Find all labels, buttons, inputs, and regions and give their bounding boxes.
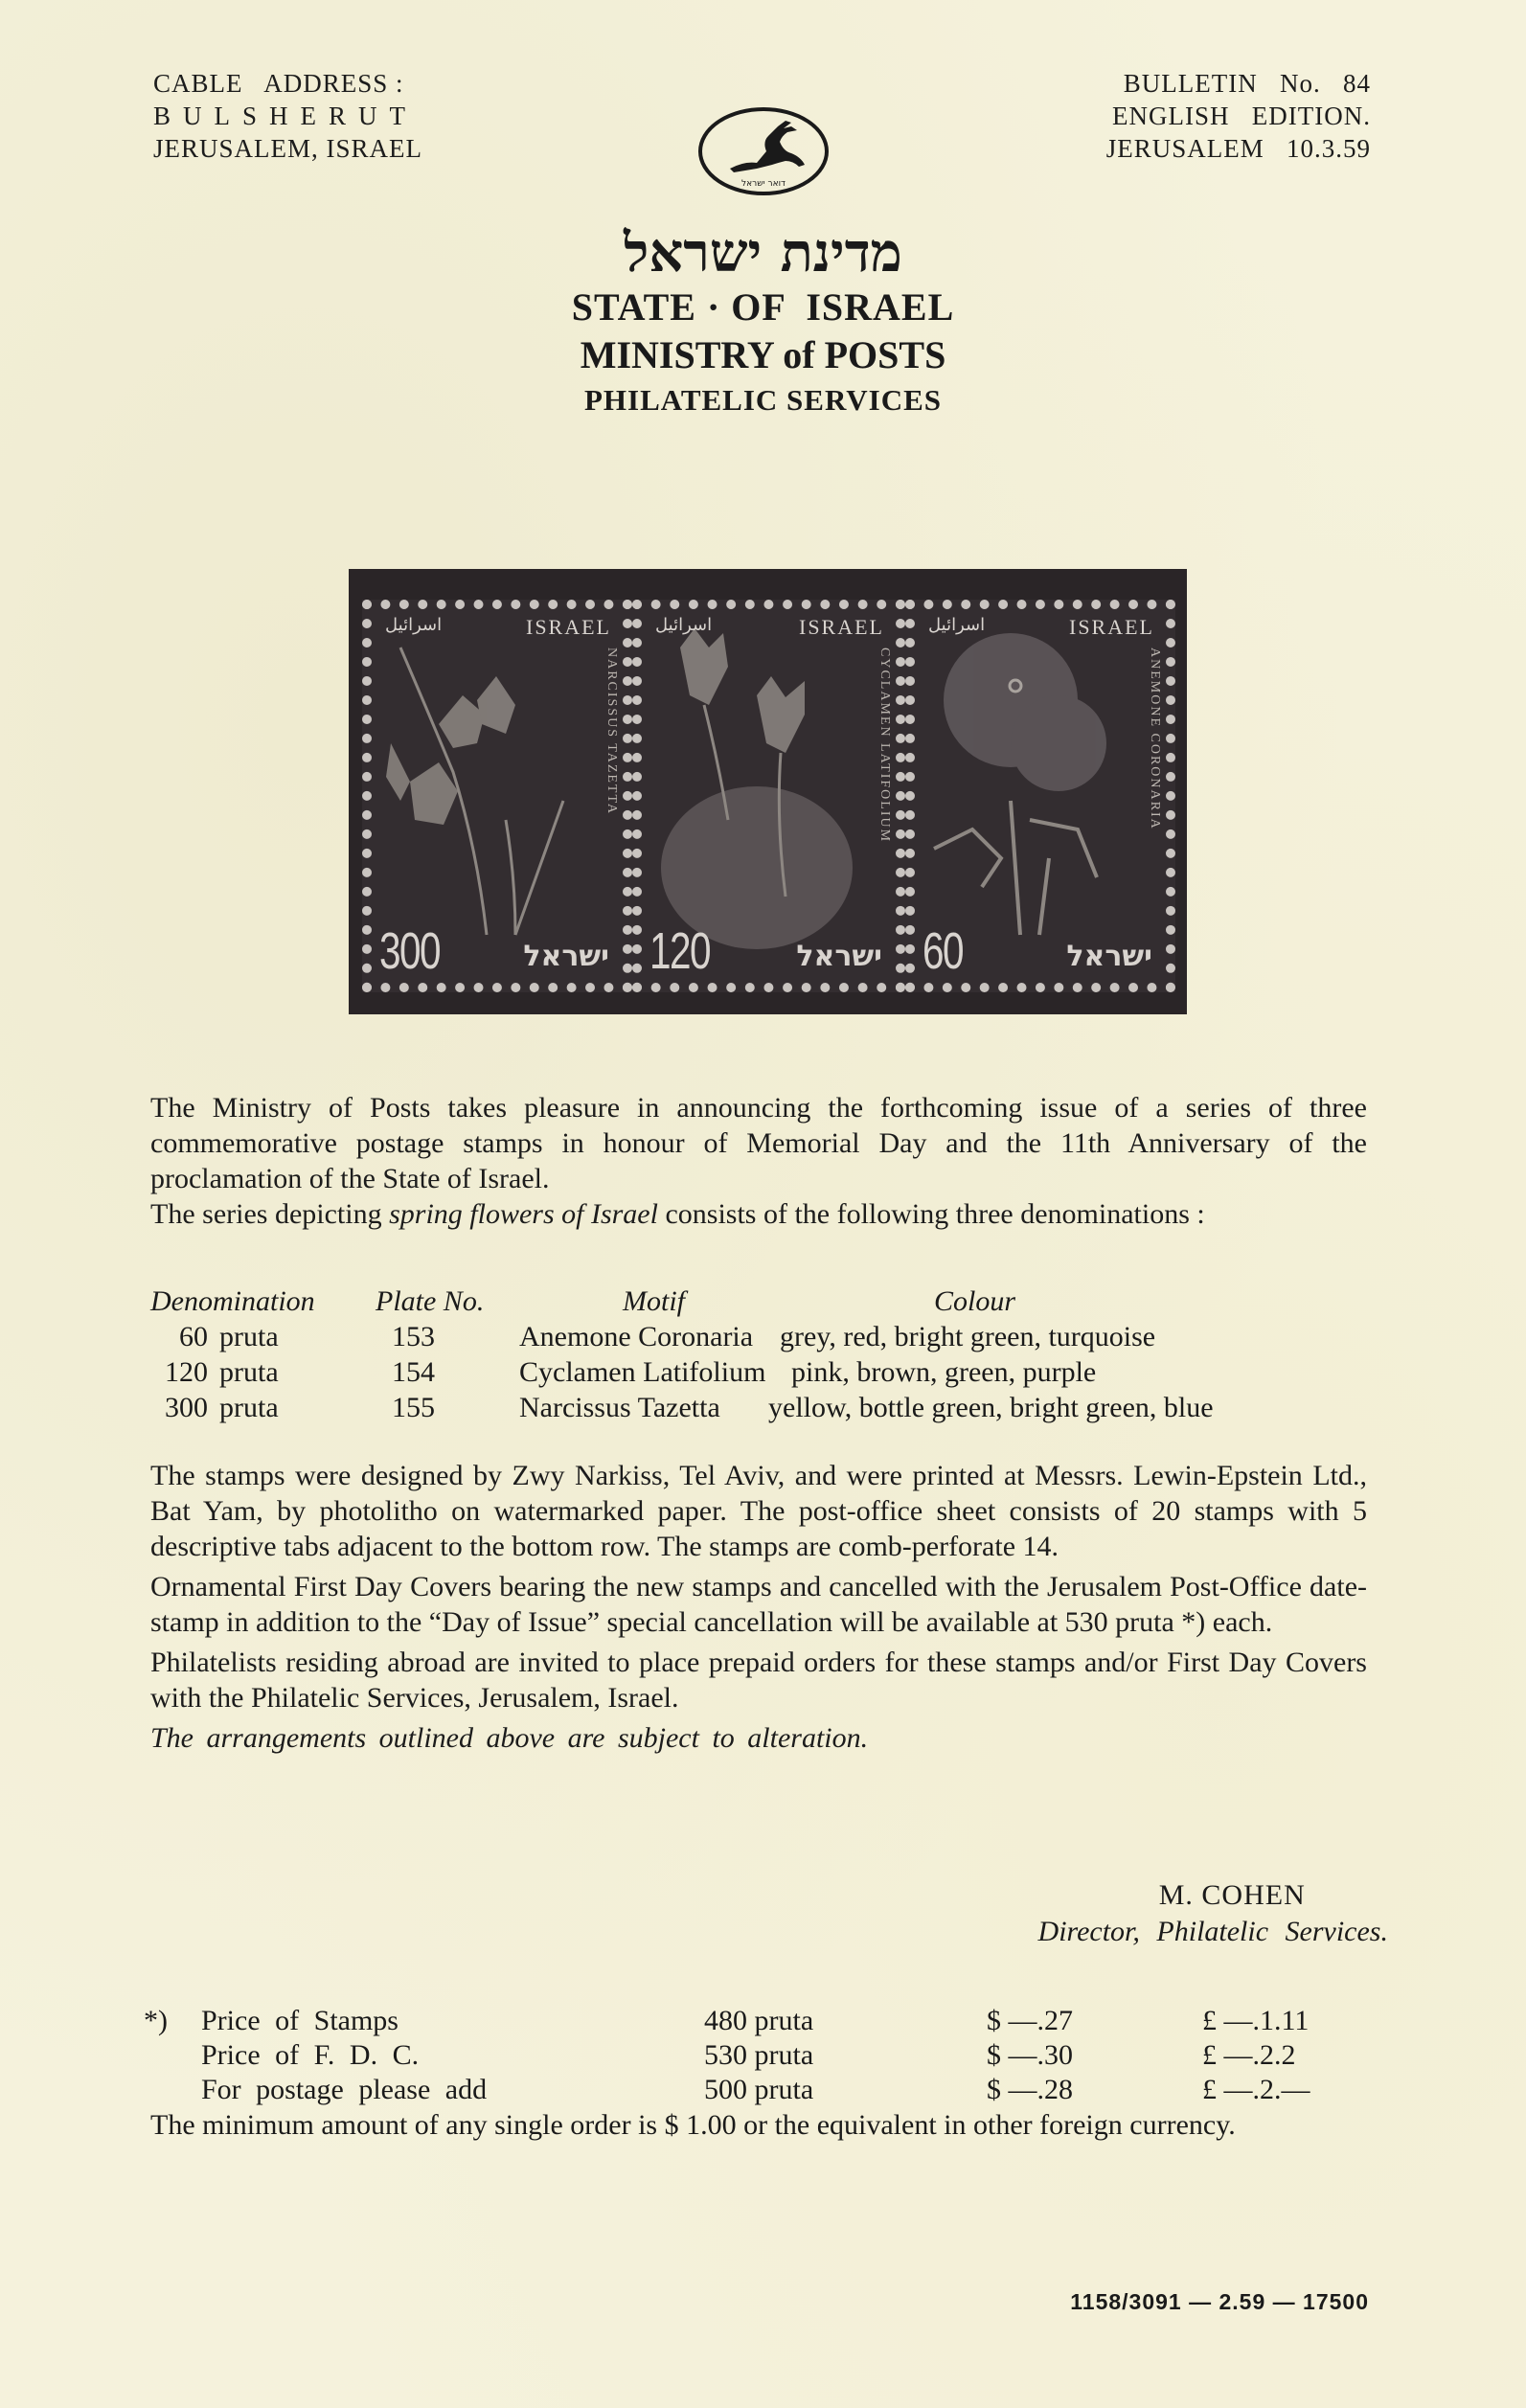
price-list: *) Price of Stamps 480 pruta $ —.27 £ —.… bbox=[144, 2004, 1389, 2107]
table-row: 300 pruta 155 Narcissus Tazetta yellow, … bbox=[150, 1390, 1386, 1425]
table-row: 120 pruta 154 Cyclamen Latifolium pink, … bbox=[150, 1354, 1386, 1390]
row-plate: 154 bbox=[376, 1354, 519, 1390]
row-motif: Anemone Coronaria bbox=[519, 1319, 768, 1354]
price-usd: $ —.28 bbox=[987, 2073, 1073, 2107]
price-gbp: £ —.2.2 bbox=[1202, 2038, 1296, 2073]
row-motif: Narcissus Tazetta bbox=[519, 1390, 759, 1425]
stamp-arabic-label: اسرائيل bbox=[385, 615, 442, 635]
stamp-country-label: ISRAEL bbox=[1069, 615, 1154, 640]
minimum-order-text: The minimum amount of any single order i… bbox=[150, 2107, 1367, 2143]
price-row: *) Price of Stamps 480 pruta $ —.27 £ —.… bbox=[144, 2004, 1389, 2038]
row-plate: 155 bbox=[376, 1390, 519, 1425]
leaping-deer-emblem-icon: דואר ישראל bbox=[692, 103, 835, 199]
row-value: 120 bbox=[150, 1354, 208, 1390]
stamp-60-anemone: اسرائيل ISRAEL ANEMONE CORONARIA 60 ישרא… bbox=[905, 600, 1175, 992]
row-motif: Cyclamen Latifolium bbox=[519, 1354, 780, 1390]
stamp-hebrew-label: ישראל bbox=[796, 940, 882, 973]
header-motif: Motif bbox=[623, 1284, 934, 1319]
price-gbp: £ —.2.— bbox=[1202, 2073, 1310, 2107]
stamp-denomination: 60 bbox=[922, 921, 963, 981]
row-unit: pruta bbox=[208, 1319, 376, 1354]
stamp-arabic-label: اسرائيل bbox=[928, 615, 985, 635]
row-colour: yellow, bottle green, bright green, blue bbox=[759, 1390, 1214, 1425]
cable-address-block: CABLE ADDRESS : BULSHERUT JERUSALEM, ISR… bbox=[153, 67, 422, 165]
series-text-before: The series depicting bbox=[150, 1198, 389, 1230]
cable-address-code: BULSHERUT bbox=[153, 100, 422, 132]
cable-address-label: CABLE ADDRESS : bbox=[153, 67, 422, 100]
header-denomination: Denomination bbox=[150, 1284, 376, 1319]
stamp-country-label: ISRAEL bbox=[799, 615, 884, 640]
price-gbp: £ —.1.11 bbox=[1202, 2004, 1309, 2038]
stamp-120-cyclamen: اسرائيل ISRAEL CYCLAMEN LATIFOLIUM 120 י… bbox=[632, 600, 905, 992]
letterhead-titles: מדינת ישראל STATE · OF ISRAEL MINISTRY o… bbox=[0, 222, 1526, 421]
table-header: Denomination Plate No. Motif Colour bbox=[150, 1284, 1386, 1319]
price-row: Price of F. D. C. 530 pruta $ —.30 £ —.2… bbox=[144, 2038, 1389, 2073]
price-row: For postage please add 500 pruta $ —.28 … bbox=[144, 2073, 1389, 2107]
row-unit: pruta bbox=[208, 1354, 376, 1390]
header-plate: Plate No. bbox=[376, 1284, 623, 1319]
stamp-denomination: 300 bbox=[379, 921, 440, 981]
price-pruta: 530 pruta bbox=[704, 2038, 813, 2073]
ministry-title: MINISTRY of POSTS bbox=[0, 331, 1526, 379]
row-colour: grey, red, bright green, turquoise bbox=[768, 1319, 1155, 1354]
price-pruta: 480 pruta bbox=[704, 2004, 813, 2038]
row-plate: 153 bbox=[376, 1319, 519, 1354]
stamp-strip-image: اسرائيل ISRAEL NARCISSUS TAZETTA 300 ישר… bbox=[349, 569, 1187, 1014]
price-usd: $ —.27 bbox=[987, 2004, 1073, 2038]
bulletin-date: JERUSALEM 10.3.59 bbox=[1106, 132, 1371, 165]
stamp-denomination: 120 bbox=[649, 921, 710, 981]
price-label: Price of F. D. C. bbox=[201, 2038, 419, 2073]
orders-paragraph: Philatelists residing abroad are invited… bbox=[150, 1645, 1367, 1715]
state-title: STATE · OF ISRAEL bbox=[0, 284, 1526, 331]
signatory-name: M. COHEN bbox=[1077, 1877, 1388, 1914]
price-usd: $ —.30 bbox=[987, 2038, 1073, 2073]
table-row: 60 pruta 153 Anemone Coronaria grey, red… bbox=[150, 1319, 1386, 1354]
stamp-side-caption: CYCLAMEN LATIFOLIUM bbox=[877, 647, 892, 843]
footnote-marker: *) bbox=[144, 2004, 168, 2038]
fdc-paragraph: Ornamental First Day Covers bearing the … bbox=[150, 1569, 1367, 1640]
price-label: Price of Stamps bbox=[201, 2004, 399, 2038]
row-value: 60 bbox=[150, 1319, 208, 1354]
bulletin-number: BULLETIN No. 84 bbox=[1106, 67, 1371, 100]
svg-text:דואר ישראל: דואר ישראל bbox=[741, 179, 786, 189]
series-text-italic: spring flowers of Israel bbox=[389, 1198, 658, 1230]
signature-block: M. COHEN Director, Philatelic Services. bbox=[1038, 1877, 1388, 1950]
stamp-hebrew-label: ישראל bbox=[1066, 940, 1152, 973]
row-unit: pruta bbox=[208, 1390, 376, 1425]
intro-section: The Ministry of Posts takes pleasure in … bbox=[150, 1090, 1367, 1232]
intro-paragraph: The Ministry of Posts takes pleasure in … bbox=[150, 1090, 1367, 1196]
stamp-arabic-label: اسرائيل bbox=[655, 615, 712, 635]
stamp-side-caption: NARCISSUS TAZETTA bbox=[604, 647, 619, 815]
print-run-code: 1158/3091 — 2.59 — 17500 bbox=[1070, 2289, 1369, 2315]
denomination-table: Denomination Plate No. Motif Colour 60 p… bbox=[150, 1284, 1386, 1425]
disclaimer-paragraph: The arrangements outlined above are subj… bbox=[150, 1720, 1367, 1756]
signatory-role: Director, Philatelic Services. bbox=[1038, 1914, 1388, 1950]
hebrew-title: מדינת ישראל bbox=[0, 222, 1526, 284]
services-title: PHILATELIC SERVICES bbox=[0, 379, 1526, 421]
bulletin-info-block: BULLETIN No. 84 ENGLISH EDITION. JERUSAL… bbox=[1106, 67, 1371, 165]
price-pruta: 500 pruta bbox=[704, 2073, 813, 2107]
design-paragraph: The stamps were designed by Zwy Narkiss,… bbox=[150, 1458, 1367, 1564]
price-label: For postage please add bbox=[201, 2073, 487, 2107]
stamp-country-label: ISRAEL bbox=[526, 615, 611, 640]
stamp-300-narcissus: اسرائيل ISRAEL NARCISSUS TAZETTA 300 ישר… bbox=[362, 600, 632, 992]
stamp-side-caption: ANEMONE CORONARIA bbox=[1147, 647, 1162, 830]
minimum-order-note: The minimum amount of any single order i… bbox=[150, 2107, 1367, 2143]
series-text-after: consists of the following three denomina… bbox=[658, 1198, 1205, 1230]
bulletin-edition: ENGLISH EDITION. bbox=[1106, 100, 1371, 132]
row-value: 300 bbox=[150, 1390, 208, 1425]
series-paragraph: The series depicting spring flowers of I… bbox=[150, 1196, 1367, 1232]
row-colour: pink, brown, green, purple bbox=[780, 1354, 1096, 1390]
stamp-hebrew-label: ישראל bbox=[523, 940, 609, 973]
cable-address-city: JERUSALEM, ISRAEL bbox=[153, 132, 422, 165]
header-colour: Colour bbox=[934, 1284, 1015, 1319]
details-section: The stamps were designed by Zwy Narkiss,… bbox=[150, 1458, 1367, 1761]
